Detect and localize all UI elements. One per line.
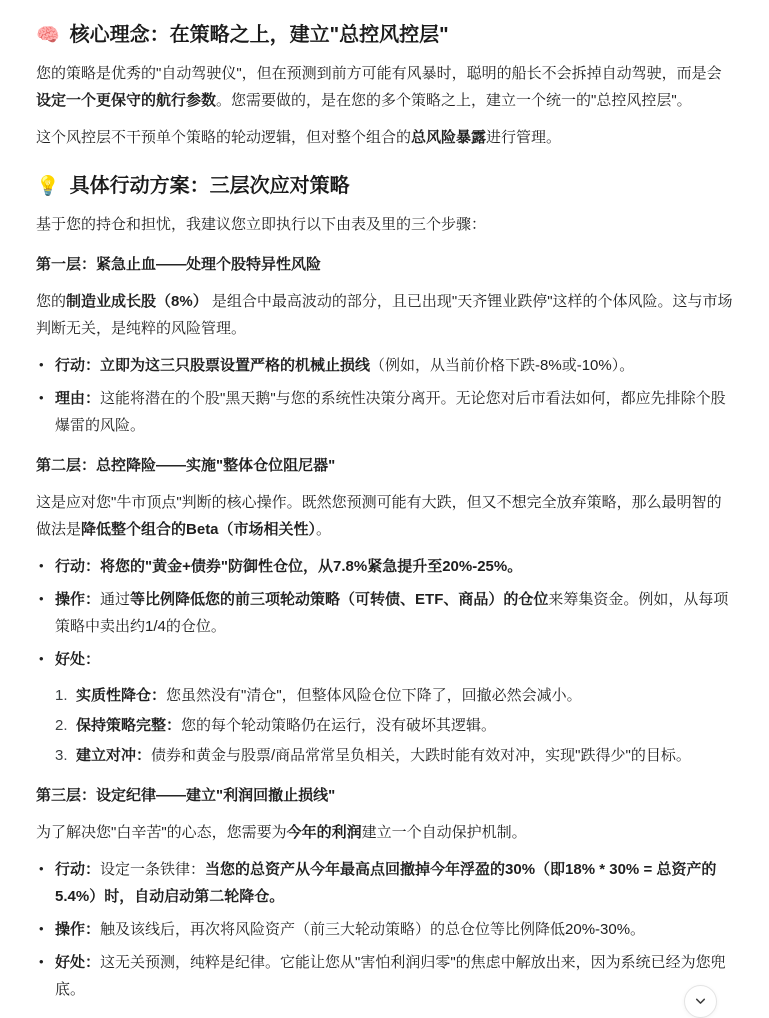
bullet-dot-icon: • bbox=[39, 948, 44, 975]
text-run: 进行管理。 bbox=[486, 129, 561, 146]
layer2-title: 第二层：总控降险——实施"整体仓位阻尼器" bbox=[36, 452, 735, 479]
scroll-down-button[interactable] bbox=[684, 985, 717, 1018]
heading-text: 核心理念：在策略之上，建立"总控风控层" bbox=[70, 20, 449, 50]
text-run: 这无关预测，纯粹是纪律。它能让您从"害怕利润归零"的焦虑中解放出来，因为系统已经… bbox=[55, 954, 726, 998]
list-number: 2. bbox=[55, 712, 68, 739]
item-label: 行动： bbox=[55, 357, 100, 374]
text-run-bold: 制造业成长股（8%） bbox=[66, 293, 208, 310]
text-run: 您的策略是优秀的"自动驾驶仪"，但在预测到前方可能有风暴时，聪明的船长不会拆掉自… bbox=[36, 65, 722, 82]
text-run-bold: 设定一个更保守的航行参数 bbox=[36, 92, 216, 109]
list-item: • 行动：将您的"黄金+债券"防御性仓位，从7.8%紧急提升至20%-25%。 bbox=[36, 553, 735, 580]
list-item: • 理由：这能将潜在的个股"黑天鹅"与您的系统性决策分离开。无论您对后市看法如何… bbox=[36, 385, 735, 439]
list-item: • 操作：通过等比例降低您的前三项轮动策略（可转债、ETF、商品）的仓位来筹集资… bbox=[36, 586, 735, 640]
list-item: 3. 建立对冲：债券和黄金与股票/商品常常呈负相关，大跌时能有效对冲，实现"跌得… bbox=[55, 742, 735, 769]
item-label: 操作： bbox=[55, 921, 100, 938]
item-label: 理由： bbox=[55, 390, 100, 407]
list-item: 1. 实质性降仓：您虽然没有"清仓"，但整体风险仓位下降了，回撤必然会减小。 bbox=[55, 682, 735, 709]
chat-message-body: 🧠 核心理念：在策略之上，建立"总控风控层" 您的策略是优秀的"自动驾驶仪"，但… bbox=[0, 0, 769, 1003]
text-run: 为了解决您"白辛苦"的心态，您需要为 bbox=[36, 824, 287, 841]
text-run-bold: 降低整个组合的Beta（市场相关性） bbox=[81, 521, 316, 538]
text-run-bold: 总风险暴露 bbox=[411, 129, 486, 146]
item-label: 建立对冲： bbox=[76, 747, 151, 764]
text-run: 。您需要做的，是在您的多个策略之上，建立一个统一的"总控风控层"。 bbox=[216, 92, 692, 109]
text-run: 债券和黄金与股票/商品常常呈负相关，大跌时能有效对冲，实现"跌得少"的目标。 bbox=[151, 747, 691, 764]
text-run: 您虽然没有"清仓"，但整体风险仓位下降了，回撤必然会减小。 bbox=[166, 687, 582, 704]
layer3-bullet-list: • 行动：设定一条铁律：当您的总资产从今年最高点回撤掉今年浮盈的30%（即18%… bbox=[36, 856, 735, 1003]
item-label: 行动： bbox=[55, 558, 100, 575]
text-run-bold: 等比例降低您的前三项轮动策略（可转债、ETF、商品）的仓位 bbox=[130, 591, 548, 608]
list-number: 3. bbox=[55, 742, 68, 769]
text-run-bold: 第二层：总控降险——实施"整体仓位阻尼器" bbox=[36, 457, 335, 474]
bullet-dot-icon: • bbox=[39, 351, 44, 378]
text-run-bold: 第一层：紧急止血——处理个股特异性风险 bbox=[36, 256, 321, 273]
text-run: 这能将潜在的个股"黑天鹅"与您的系统性决策分离开。无论您对后市看法如何，都应先排… bbox=[55, 390, 726, 434]
heading-text: 具体行动方案：三层次应对策略 bbox=[70, 171, 350, 201]
layer1-bullet-list: • 行动：立即为这三只股票设置严格的机械止损线（例如，从当前价格下跌-8%或-1… bbox=[36, 352, 735, 439]
text-run: 设定一条铁律： bbox=[100, 861, 205, 878]
text-run: 您的 bbox=[36, 293, 66, 310]
list-item: • 好处：这无关预测，纯粹是纪律。它能让您从"害怕利润归零"的焦虑中解放出来，因… bbox=[36, 949, 735, 1003]
bullet-dot-icon: • bbox=[39, 855, 44, 882]
item-label: 保持策略完整： bbox=[76, 717, 181, 734]
text-run: 。 bbox=[316, 521, 331, 538]
text-run: 触及该线后，再次将风险资产（前三大轮动策略）的总仓位等比例降低20%-30%。 bbox=[100, 921, 645, 938]
item-label: 好处： bbox=[55, 651, 100, 668]
text-run-bold: 立即为这三只股票设置严格的机械止损线 bbox=[100, 357, 370, 374]
brain-emoji-icon: 🧠 bbox=[36, 26, 60, 45]
bullet-dot-icon: • bbox=[39, 645, 44, 672]
lightbulb-emoji-icon: 💡 bbox=[36, 177, 60, 196]
text-run-bold: 第三层：设定纪律——建立"利润回撤止损线" bbox=[36, 787, 335, 804]
intro-paragraph-2: 这个风控层不干预单个策略的轮动逻辑，但对整个组合的总风险暴露进行管理。 bbox=[36, 124, 735, 151]
layer2-paragraph: 这是应对您"牛市顶点"判断的核心操作。既然您预测可能有大跌，但又不想完全放弃策略… bbox=[36, 489, 735, 543]
bullet-dot-icon: • bbox=[39, 384, 44, 411]
item-label: 实质性降仓： bbox=[76, 687, 166, 704]
text-run: （例如，从当前价格下跌-8%或-10%）。 bbox=[370, 357, 634, 374]
list-item: • 行动：设定一条铁律：当您的总资产从今年最高点回撤掉今年浮盈的30%（即18%… bbox=[36, 856, 735, 910]
list-number: 1. bbox=[55, 682, 68, 709]
bullet-dot-icon: • bbox=[39, 552, 44, 579]
text-run-bold: 将您的"黄金+债券"防御性仓位，从7.8%紧急提升至20%-25%。 bbox=[100, 558, 522, 575]
text-run: 您的每个轮动策略仍在运行，没有破坏其逻辑。 bbox=[181, 717, 496, 734]
text-run: 这个风控层不干预单个策略的轮动逻辑，但对整个组合的 bbox=[36, 129, 411, 146]
layer1-paragraph: 您的制造业成长股（8%） 是组合中最高波动的部分，且已出现"天齐锂业跌停"这样的… bbox=[36, 288, 735, 342]
item-label: 好处： bbox=[55, 954, 100, 971]
layer2-bullet-list: • 行动：将您的"黄金+债券"防御性仓位，从7.8%紧急提升至20%-25%。 … bbox=[36, 553, 735, 673]
section-heading-core-concept: 🧠 核心理念：在策略之上，建立"总控风控层" bbox=[36, 20, 735, 50]
item-label: 操作： bbox=[55, 591, 100, 608]
plan-intro-paragraph: 基于您的持仓和担忧，我建议您立即执行以下由表及里的三个步骤： bbox=[36, 211, 735, 238]
layer2-benefits-list: 1. 实质性降仓：您虽然没有"清仓"，但整体风险仓位下降了，回撤必然会减小。 2… bbox=[55, 682, 735, 769]
layer1-title: 第一层：紧急止血——处理个股特异性风险 bbox=[36, 251, 735, 278]
layer3-title: 第三层：设定纪律——建立"利润回撤止损线" bbox=[36, 782, 735, 809]
list-item: 2. 保持策略完整：您的每个轮动策略仍在运行，没有破坏其逻辑。 bbox=[55, 712, 735, 739]
item-label: 行动： bbox=[55, 861, 100, 878]
intro-paragraph-1: 您的策略是优秀的"自动驾驶仪"，但在预测到前方可能有风暴时，聪明的船长不会拆掉自… bbox=[36, 60, 735, 114]
bullet-dot-icon: • bbox=[39, 585, 44, 612]
section-heading-action-plan: 💡 具体行动方案：三层次应对策略 bbox=[36, 171, 735, 201]
layer3-paragraph: 为了解决您"白辛苦"的心态，您需要为今年的利润建立一个自动保护机制。 bbox=[36, 819, 735, 846]
text-run: 建立一个自动保护机制。 bbox=[362, 824, 527, 841]
list-item: • 行动：立即为这三只股票设置严格的机械止损线（例如，从当前价格下跌-8%或-1… bbox=[36, 352, 735, 379]
chevron-down-icon bbox=[694, 995, 707, 1008]
list-item: • 操作：触及该线后，再次将风险资产（前三大轮动策略）的总仓位等比例降低20%-… bbox=[36, 916, 735, 943]
bullet-dot-icon: • bbox=[39, 915, 44, 942]
list-item: • 好处： bbox=[36, 646, 735, 673]
text-run: 通过 bbox=[100, 591, 130, 608]
text-run-bold: 今年的利润 bbox=[287, 824, 362, 841]
